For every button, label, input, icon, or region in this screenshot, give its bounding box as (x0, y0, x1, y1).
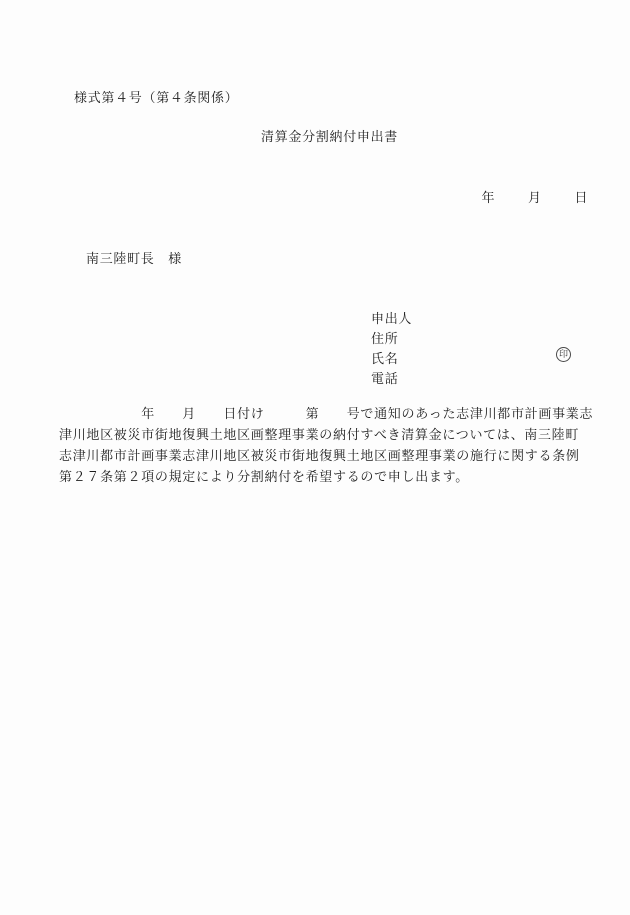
document-title: 清算金分割納付申出書 (261, 126, 398, 145)
body-line: 志津川都市計画事業志津川地区被災市街地復興土地区画整理事業の施行に関する条例 (59, 445, 599, 466)
document-page: 様式第４号（第４条関係） 清算金分割納付申出書 年 月 日 南三陸町長 様 申出… (0, 0, 630, 915)
applicant-block: 申出人 住所 氏名 電話 (371, 309, 412, 389)
date-line: 年 月 日 (481, 187, 590, 206)
seal-icon: 印 (556, 347, 571, 362)
seal-text: 印 (559, 350, 568, 359)
form-number: 様式第４号（第４条関係） (74, 87, 238, 106)
applicant-address-label: 住所 (371, 329, 412, 349)
body-line: 津川地区被災市街地復興土地区画整理事業の納付すべき清算金については、南三陸町 (59, 424, 599, 445)
applicant-heading: 申出人 (371, 309, 412, 329)
body-line: 第２７条第２項の規定により分割納付を希望するので申し出ます。 (59, 466, 599, 487)
body-line: 年 月 日付け 第 号で通知のあった志津川都市計画事業志 (59, 403, 599, 424)
body-paragraph: 年 月 日付け 第 号で通知のあった志津川都市計画事業志 津川地区被災市街地復興… (59, 403, 599, 487)
applicant-name-label: 氏名 (371, 349, 412, 369)
applicant-phone-label: 電話 (371, 369, 412, 389)
addressee-line: 南三陸町長 様 (86, 248, 182, 267)
